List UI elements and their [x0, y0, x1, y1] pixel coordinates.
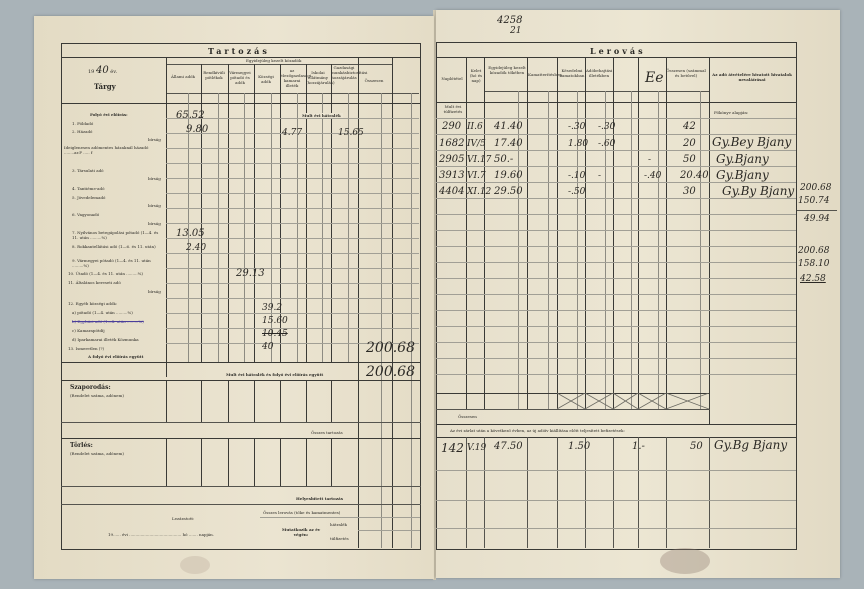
entry-naplo: 4404	[439, 186, 464, 197]
col-osszesen-lerovas: Összesen (számmal és betűvel)	[666, 68, 706, 78]
entry-signature: Gy.Bey Bjany	[712, 135, 791, 149]
year-prefix: 19	[88, 69, 94, 75]
entry-naplo: 1682	[439, 138, 464, 149]
entry-naplo: 2905	[439, 154, 464, 165]
entry-behajt: -.60	[598, 139, 615, 149]
col-naplotetel: Naplótétel	[438, 76, 466, 81]
row-potado: a) pótadó (1—4. után .........%)	[72, 310, 133, 315]
entry-kesedelmi: -.30	[568, 122, 585, 132]
col-kelet: Kelet (hó és nap)	[468, 68, 484, 83]
entry-toke: 50.-	[494, 154, 513, 165]
stain	[180, 556, 210, 574]
osszesen-label: Összesen	[458, 414, 477, 419]
col-osszesen: Összesen	[359, 78, 389, 83]
col-rendkivuli: Rendkívüli pótlékok	[201, 70, 227, 80]
entry-ee: 1.-	[632, 441, 645, 452]
group-header: Egyidejüleg kezelt közadók	[246, 58, 301, 63]
entry-behajt: -	[598, 171, 601, 181]
row-birsag-3: bírság	[148, 203, 161, 208]
entry-egyeb-b: 15.60	[262, 316, 288, 326]
entry-kelet: II.6	[467, 122, 483, 132]
tartozas-frame	[61, 43, 421, 550]
osszes-tartozas: Összes tartozás	[311, 430, 343, 435]
entry-toke: 41.40	[494, 121, 523, 132]
entry-kelet: VI.7	[467, 171, 486, 181]
row-foldado: 1. Földadó	[72, 121, 93, 126]
szaporodas-label: Szaporodás:	[70, 384, 111, 391]
calc-line: 150.74	[798, 196, 830, 206]
entry-col7: 15.65	[338, 128, 364, 138]
entry-kesedelmi: 1.80	[568, 139, 588, 149]
col-ee-handwritten: Ee	[645, 70, 664, 86]
tulfizetes-label: túlfizetés	[330, 536, 349, 541]
row-tarsulati: 3. Társulati adó	[72, 168, 104, 173]
row-kamarapotdij: c) Kamarapótdíj	[72, 328, 105, 333]
entry-signature: Gy.Bjany	[716, 152, 769, 166]
mult-evi-hatralek: Mult évi hátralék	[300, 113, 343, 118]
entry-egyeb-c: 10.45	[262, 329, 288, 339]
stain	[660, 548, 710, 574]
entry-egyeb-a: 39.2	[262, 303, 282, 313]
entry-kelet: XI.12	[467, 187, 491, 197]
entry-toke: 19.60	[494, 170, 523, 181]
mult-evi-tulfizetes: Mult évi túlfizetés	[440, 104, 466, 114]
calc-line: 200.68	[798, 246, 830, 256]
archive-sub: 21	[510, 26, 521, 36]
entry-signature: Gy.Bjany	[716, 168, 769, 182]
entry-kesedelmi: -.10	[568, 171, 585, 181]
fokonyv-label: Főkönyv alapján:	[714, 110, 748, 115]
entry-osszesen: 42	[683, 121, 696, 132]
row-kereseti: 11. Általános kereseti adó	[68, 280, 121, 285]
entry-signature: Gy.Bg Bjany	[714, 438, 787, 452]
entry-osszesen: 20	[683, 138, 696, 149]
entry-osszesen: 30	[683, 186, 696, 197]
entry-kelet: IV/5	[467, 139, 486, 149]
row-jovedelem: 5. Jövedelemadó	[72, 195, 105, 200]
col-gazdasagi: Gazdasági munkásbiztosítási hozzájárulás	[331, 65, 357, 80]
date-line: 19...... évi ...........................…	[108, 532, 214, 537]
row-ideiglenes: Ideiglenesen adómentes házaknál házadó .…	[64, 145, 164, 155]
entry-foldado: 65.52	[176, 110, 205, 121]
rows-heading: Folyó évi előírás:	[90, 112, 128, 117]
szaporodas-sub: (Rendelet száma, adónem)	[70, 393, 124, 398]
row-folyo-evi-egyutt: A folyó évi előírás együtt	[88, 354, 143, 359]
row-varmegyei-potado: 9. Vármegyei pótadó (1—4. és 11. után ..…	[72, 258, 164, 268]
hatralek-label: hátralék	[330, 522, 347, 527]
row-birsag-1: bírság	[148, 137, 161, 142]
col-behajtasi: Adóbehajtási illetékben	[586, 68, 612, 78]
year-suffix: év.	[110, 69, 117, 75]
row-13: 13. Ismeretlen (?)	[68, 346, 104, 351]
col-toke: Egyidejüleg kezelt közadók tőkében	[486, 65, 528, 75]
torles-sub: (Rendelet száma, adónem)	[70, 451, 124, 456]
year-handwritten: 40	[96, 65, 109, 76]
tartozas-title: Tartozás	[208, 46, 270, 56]
helyesbitett-tartozas: Helyesbített tartozás	[296, 496, 343, 501]
row-hazado: 2. Házadó	[72, 129, 92, 134]
crossed-cells	[557, 393, 709, 409]
row-birsag-4: bírság	[148, 221, 161, 226]
calc-line: 158.10	[798, 259, 830, 269]
entry-osszesen: 50	[690, 441, 703, 452]
entry-egyeb-d: 40	[262, 342, 273, 352]
col-kozsegi: Községi adók	[254, 74, 278, 84]
col-kamat: Kamatterítésben	[528, 72, 558, 77]
row-birsag-5: bírság	[148, 289, 161, 294]
entry-var-potado: 29.13	[236, 268, 265, 279]
lerovas-title: Lerovás	[590, 46, 646, 56]
entry-betegapolasi: 13.05	[176, 228, 205, 239]
note-line: Az évi zárlat után a következő évben, az…	[450, 428, 625, 433]
col-hivatalok: Az adó átvételére hivatott hivatalok nev…	[712, 72, 792, 82]
entry-kesedelmi: 1.50	[568, 441, 590, 452]
row-betegapolasi: 7. Nyilvános betegápolási pótadó (1—4. é…	[72, 230, 164, 240]
entry-rokkant: 2.40	[186, 243, 206, 253]
row-rokkant: 8. Rokkantellátási adó (1—6. és 11. után…	[72, 244, 164, 249]
calc-line: 200.68	[800, 183, 832, 193]
row-egyeb-kozsegi: 12. Egyéb községi adók:	[68, 301, 117, 306]
calc-result: 42.58	[800, 274, 826, 284]
row-tantieme: 4. Tantiéme-adó	[72, 186, 105, 191]
torles-label: Törlés:	[70, 442, 93, 449]
osszes-lerovas-label: Összes lerovás (tőke és kamatmentes)	[263, 510, 340, 515]
col-allami: Állami adók	[167, 74, 199, 79]
col-mezogazdasagi: az Mezőgazdasági kamarai illeték	[280, 68, 304, 88]
entry-osszesen-1: 200.68	[366, 340, 415, 356]
entry-osszesen: 50	[683, 154, 696, 165]
entry-naplo: 290	[442, 121, 461, 132]
targy-label: Tárgy	[94, 82, 116, 91]
col-iskolai: Iskolai ellátmány (hozzájárulás)	[306, 70, 330, 85]
entry-behajt: -.30	[598, 122, 615, 132]
combined-label: Mult évi hátralék és folyó évi előírás e…	[226, 372, 323, 377]
entry-kelet: V.19	[467, 443, 486, 453]
entry-ee: -.40	[644, 171, 661, 181]
mutatkozik-label: Mutatkozik az év végén:	[276, 527, 326, 537]
entry-kelet: VI.17	[467, 155, 491, 165]
entry-signature: Gy.By Bjany	[722, 184, 794, 198]
entry-osszesen: 20.40	[680, 170, 709, 181]
archive-number: 4258	[497, 15, 522, 26]
entry-ee: -	[648, 155, 651, 165]
row-egyhazi: b) Egyházi adó (1—4. után .........%)	[72, 319, 144, 324]
entry-toke: 29.50	[494, 186, 523, 197]
entry-toke: 17.40	[494, 138, 523, 149]
col-varmegyei: Vármegyei pótadó és adók	[228, 70, 252, 85]
row-birsag-2: bírság	[148, 176, 161, 181]
row-vagyonado: 6. Vagyonadó	[72, 212, 99, 217]
entry-naplo: 142	[441, 441, 464, 455]
col-kesedelmi: Késedelmi kamatokban	[558, 68, 586, 78]
row-utado: 10. Útadó (1—4. és 11. után .........%)	[68, 271, 143, 276]
entry-hazado: 9.80	[186, 124, 208, 135]
calc-line: 49.94	[804, 214, 830, 224]
row-iparkamarai: d) Iparkamarai illeték Közmunka	[72, 337, 139, 342]
entry-osszesen-2: 200.68	[366, 364, 415, 380]
entry-toke: 47.50	[494, 441, 523, 452]
entry-kesedelmi: -.50	[568, 187, 585, 197]
lezaratott-label: Lezáratott:	[172, 516, 194, 521]
entry-naplo: 3913	[439, 170, 464, 181]
entry-col5: 4.77	[282, 128, 302, 138]
